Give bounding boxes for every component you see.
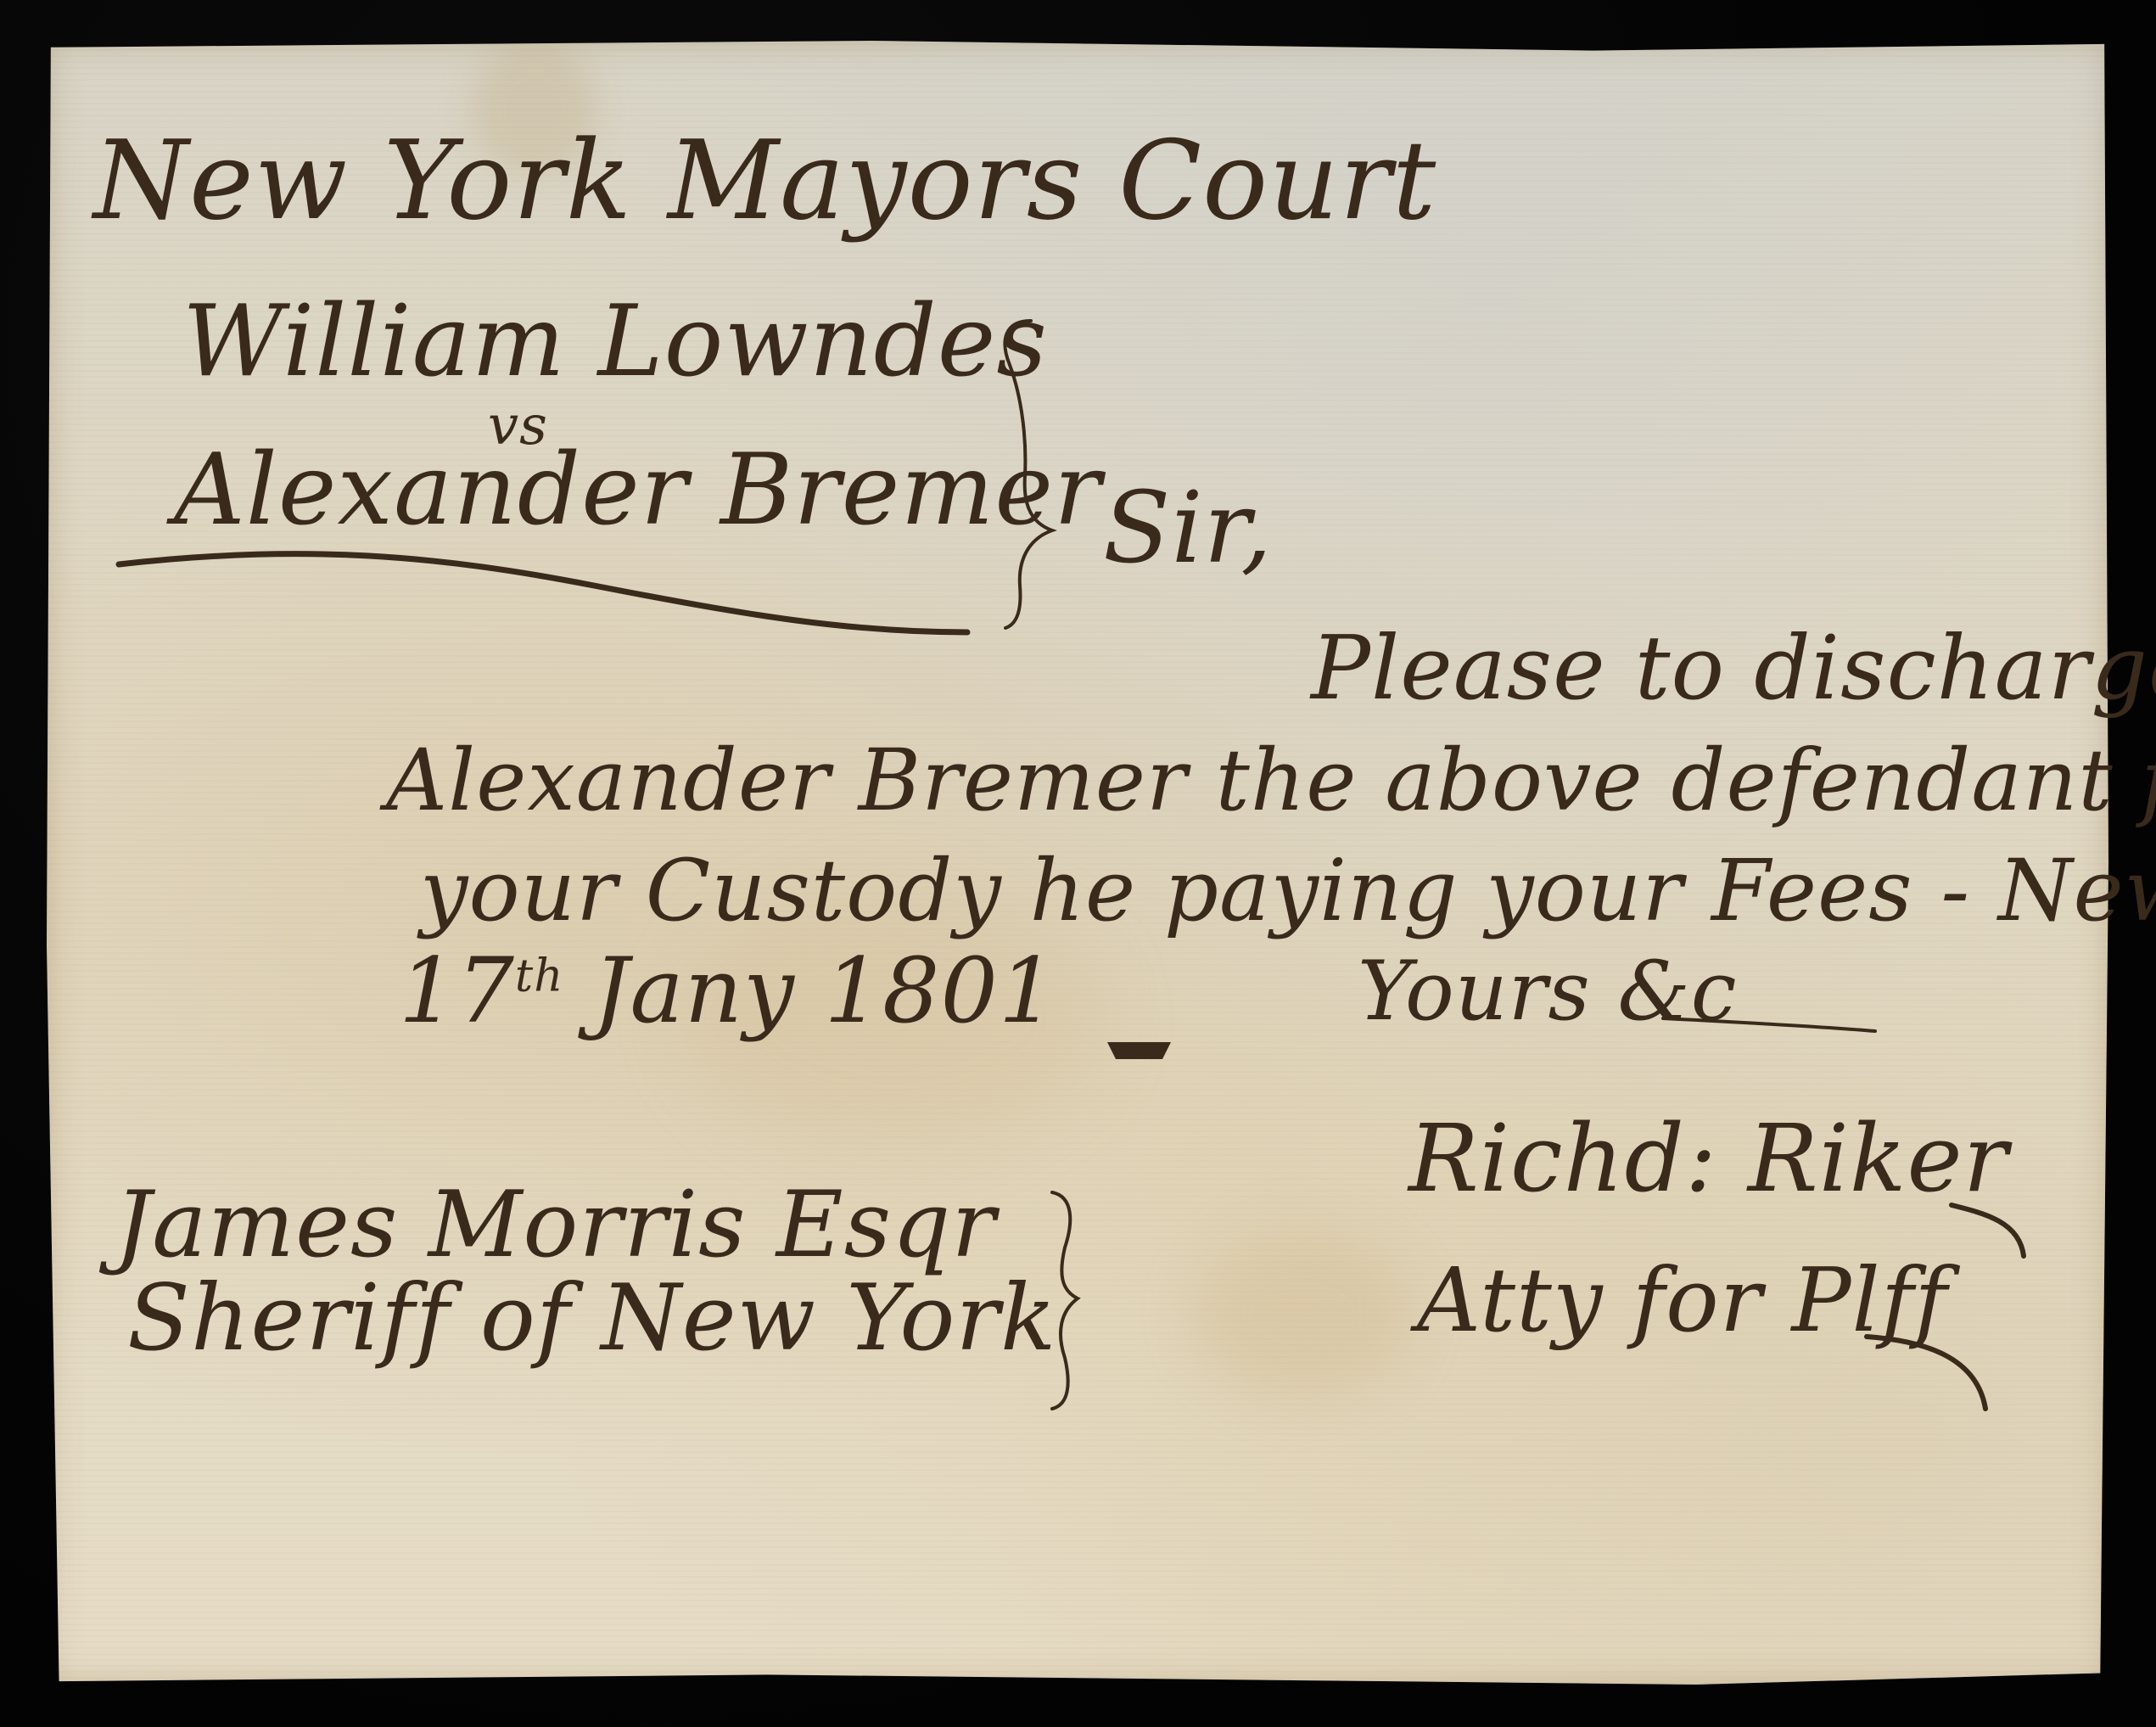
addressee-name: James Morris Esqr [115,1180,996,1271]
date-month-year: Jany 1801 [563,939,1056,1043]
signature-title: Atty for Plff [1417,1256,1948,1344]
paper-stain [1192,1229,1413,1399]
date-line: 17th Jany 1801 [399,946,1056,1036]
defendant-name: Alexander Bremer [174,441,1101,540]
scan-background: New York Mayors Court William Lowndes vs… [0,0,2156,1727]
closing: Yours &c [1358,950,1738,1032]
court-heading: New York Mayors Court [93,127,1436,236]
plaintiff-name: William Lowndes [182,293,1048,391]
body-line-2: Alexander Bremer the above defendant fro… [386,738,2156,823]
body-line-3: your Custody he paying your Fees - New Y… [420,849,2156,934]
body-line-1: Please to discharge [1311,624,2156,712]
date-day: 17 [399,939,515,1043]
date-ordinal: th [515,950,563,1002]
signature-name: Richd: Riker [1408,1112,2008,1205]
addressee-title: Sheriff of New York [127,1273,1056,1365]
salutation: Sir, [1103,479,1273,578]
